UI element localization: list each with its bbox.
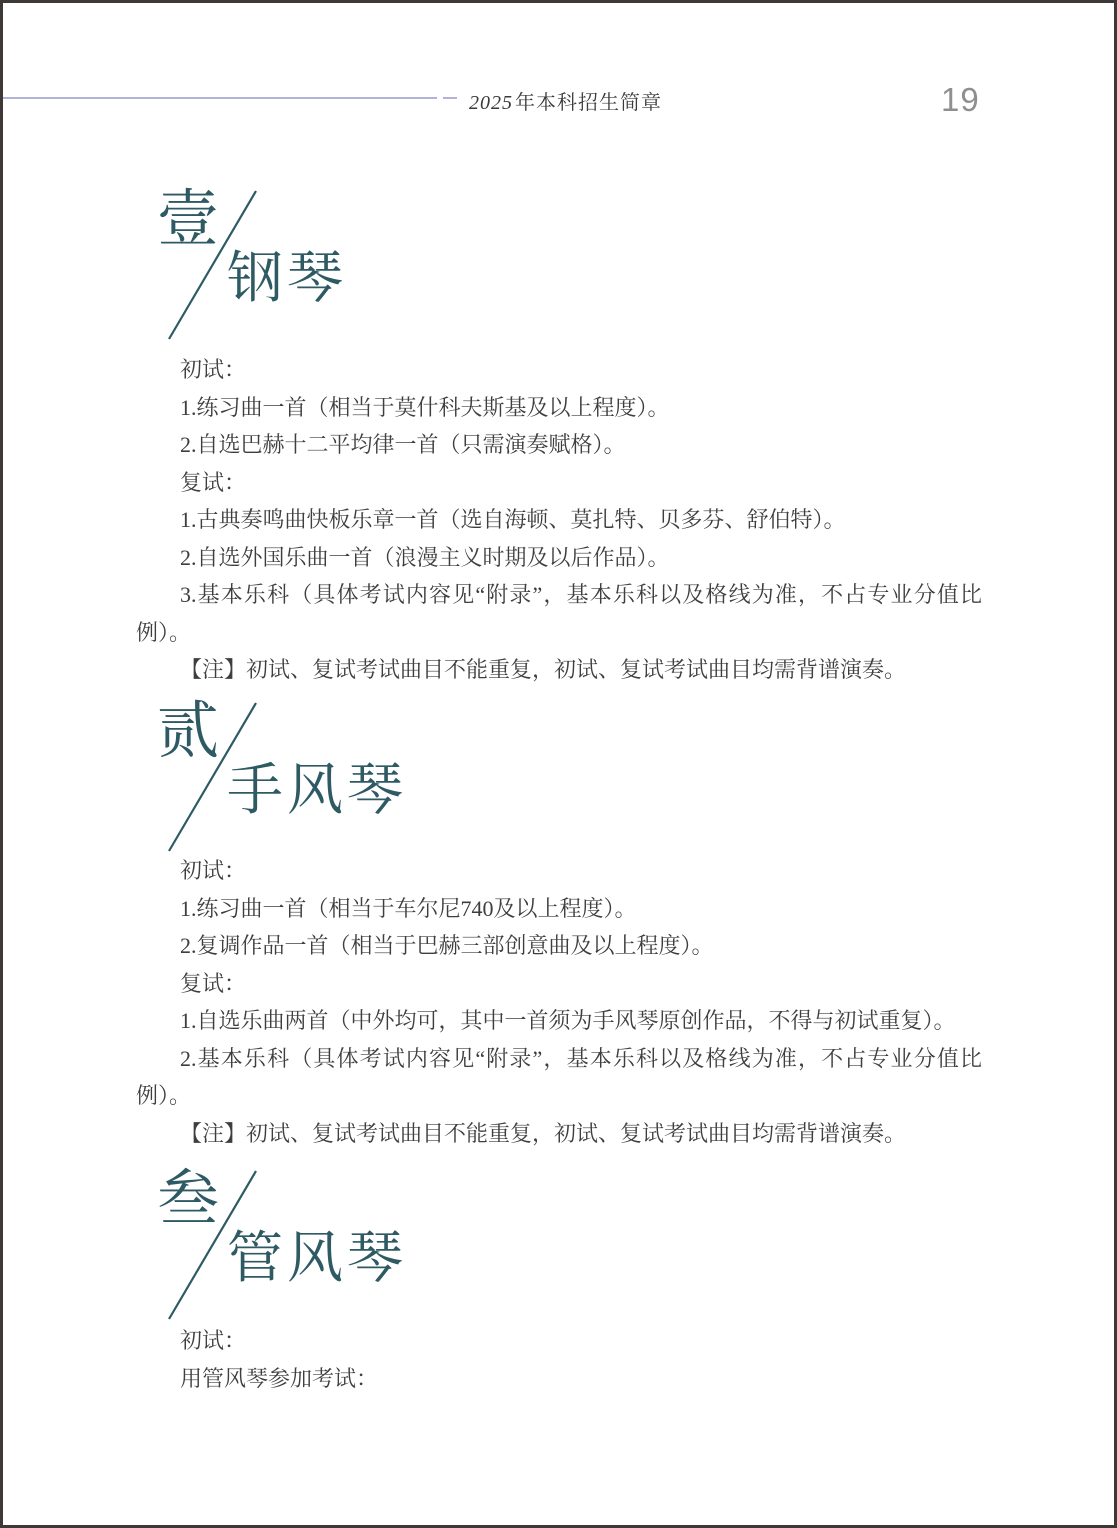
section-heading-piano: 壹 钢琴 bbox=[153, 179, 583, 344]
page-number: 19 bbox=[941, 81, 980, 119]
section-title-organ: 管风琴 bbox=[227, 1231, 407, 1287]
header-rule-line bbox=[3, 97, 437, 99]
section-title-accordion: 手风琴 bbox=[227, 763, 407, 819]
paragraph: 2.自选外国乐曲一首（浪漫主义时期及以后作品）。 bbox=[136, 539, 982, 577]
paragraph: 1.练习曲一首（相当于车尔尼740及以上程度）。 bbox=[136, 890, 982, 928]
header-rule-dash bbox=[443, 97, 457, 99]
paragraph: 初试： bbox=[136, 1322, 982, 1360]
paragraph: 3.基本乐科（具体考试内容见“附录”，基本乐科以及格线为准，不占专业分值比例）。 bbox=[136, 576, 982, 651]
header-title: 2025年本科招生简章 bbox=[469, 86, 662, 115]
paragraph: 2.复调作品一首（相当于巴赫三部创意曲及以上程度）。 bbox=[136, 927, 982, 965]
section-heading-accordion: 贰 手风琴 bbox=[153, 691, 583, 856]
section-heading-organ: 叁 管风琴 bbox=[153, 1159, 583, 1324]
paragraph: 初试： bbox=[136, 351, 982, 389]
paragraph: 2.自选巴赫十二平均律一首（只需演奏赋格）。 bbox=[136, 426, 982, 464]
paragraph: 1.自选乐曲两首（中外均可，其中一首须为手风琴原创作品，不得与初试重复）。 bbox=[136, 1002, 982, 1040]
section-title-piano: 钢琴 bbox=[227, 251, 347, 307]
paragraph: 复试： bbox=[136, 965, 982, 1003]
paragraph: 1.练习曲一首（相当于莫什科夫斯基及以上程度）。 bbox=[136, 389, 982, 427]
header-title-text: 年本科招生简章 bbox=[515, 92, 662, 114]
paragraph: 【注】初试、复试考试曲目不能重复，初试、复试考试曲目均需背谱演奏。 bbox=[136, 651, 982, 689]
paragraph: 初试： bbox=[136, 852, 982, 890]
paragraph: 用管风琴参加考试： bbox=[136, 1360, 982, 1398]
paragraph: 1.古典奏鸣曲快板乐章一首（选自海顿、莫扎特、贝多芬、舒伯特）。 bbox=[136, 501, 982, 539]
paragraph: 2.基本乐科（具体考试内容见“附录”，基本乐科以及格线为准，不占专业分值比例）。 bbox=[136, 1040, 982, 1115]
paragraph: 【注】初试、复试考试曲目不能重复，初试、复试考试曲目均需背谱演奏。 bbox=[136, 1115, 982, 1153]
section-body-piano: 初试： 1.练习曲一首（相当于莫什科夫斯基及以上程度）。 2.自选巴赫十二平均律… bbox=[136, 351, 982, 689]
header-title-year: 2025 bbox=[469, 92, 513, 114]
document-page: 2025年本科招生简章 19 壹 钢琴 初试： 1.练习曲一首（相当于莫什科夫斯… bbox=[0, 0, 1117, 1528]
section-body-accordion: 初试： 1.练习曲一首（相当于车尔尼740及以上程度）。 2.复调作品一首（相当… bbox=[136, 852, 982, 1152]
section-body-organ: 初试： 用管风琴参加考试： bbox=[136, 1322, 982, 1397]
paragraph: 复试： bbox=[136, 464, 982, 502]
